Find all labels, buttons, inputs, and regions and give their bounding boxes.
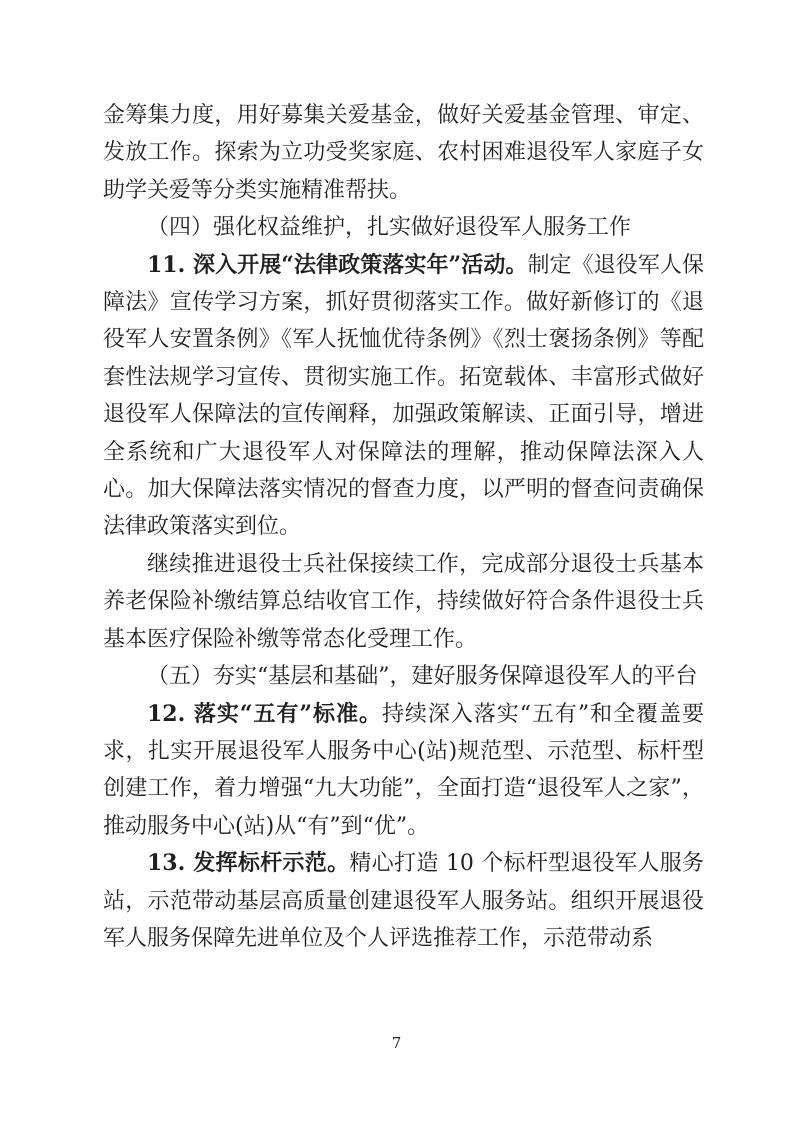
page-number: 7	[0, 1034, 793, 1052]
body-paragraph: （五）夯实“基层和基础”，建好服务保障退役军人的平台	[103, 658, 704, 695]
body-paragraph: 12. 落实“五有”标准。持续深入落实“五有”和全覆盖要求，扎实开展退役军人服务…	[103, 696, 704, 846]
paragraph-heading-run: 12. 落实“五有”标准。	[147, 701, 382, 727]
paragraph-heading-run: 13. 发挥标杆示范。	[147, 850, 349, 876]
body-paragraph: 继续推进退役士兵社保接续工作，完成部分退役士兵基本养老保险补缴结算总结收官工作，…	[103, 546, 704, 658]
body-paragraph: （四）强化权益维护，扎实做好退役军人服务工作	[103, 209, 704, 246]
paragraph-text-run: （四）强化权益维护，扎实做好退役军人服务工作	[147, 215, 631, 240]
body-paragraph: 11. 深入开展“法律政策落实年”活动。制定《退役军人保障法》宣传学习方案，抓好…	[103, 247, 704, 546]
paragraph-text-run: 制定《退役军人保障法》宣传学习方案，抓好贯彻落实工作。做好新修订的《退役军人安置…	[103, 253, 704, 540]
document-page: 金筹集力度，用好募集关爱基金，做好关爱基金管理、审定、发放工作。探索为立功受奖家…	[0, 0, 793, 1122]
body-paragraph: 金筹集力度，用好募集关爱基金，做好关爱基金管理、审定、发放工作。探索为立功受奖家…	[103, 97, 704, 209]
text-block: 金筹集力度，用好募集关爱基金，做好关爱基金管理、审定、发放工作。探索为立功受奖家…	[103, 97, 704, 957]
paragraph-text-run: 继续推进退役士兵社保接续工作，完成部分退役士兵基本养老保险补缴结算总结收官工作，…	[103, 552, 704, 652]
body-paragraph: 13. 发挥标杆示范。精心打造 10 个标杆型退役军人服务站，示范带动基层高质量…	[103, 845, 704, 957]
paragraph-text-run: 金筹集力度，用好募集关爱基金，做好关爱基金管理、审定、发放工作。探索为立功受奖家…	[103, 103, 704, 203]
paragraph-heading-run: 11. 深入开展“法律政策落实年”活动。	[147, 252, 527, 278]
paragraph-text-run: （五）夯实“基层和基础”，建好服务保障退役军人的平台	[147, 664, 698, 689]
